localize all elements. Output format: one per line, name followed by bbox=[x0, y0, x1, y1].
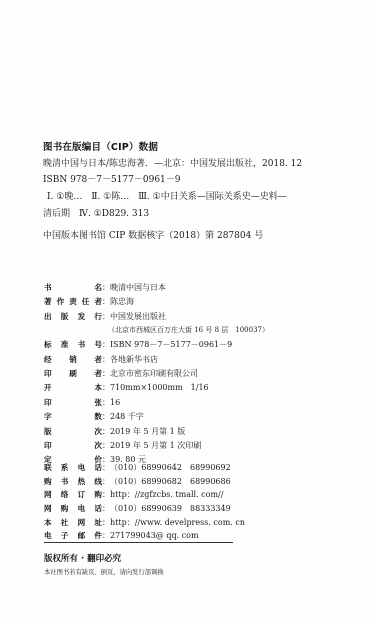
cip-isbn-line: ISBN 978－7－5177－0961－9 bbox=[43, 172, 343, 188]
info-row-printer: 印刷者 ： 北京市密东印刷有限公司 bbox=[44, 368, 334, 382]
cip-number: 中国版本图书馆 CIP 数据核字（2018）第 287804 号 bbox=[43, 228, 343, 244]
contact-value: （010）68990682 68990686 bbox=[110, 476, 231, 487]
colon: ： bbox=[102, 382, 110, 393]
copyright-title: 版权所有 · 翻印必究 bbox=[44, 553, 164, 566]
info-value: 2019 年 5 月第 1 版 bbox=[110, 426, 185, 437]
info-row-isbn: 标准书号 ： ISBN 978－7－5177－0961－9 bbox=[44, 339, 334, 353]
publisher-address: （北京市西城区百万庄大街 16 号 8 层 100037） bbox=[108, 325, 269, 335]
colon: ： bbox=[102, 426, 110, 437]
info-label: 标准书号 bbox=[44, 339, 102, 350]
info-value: 710mm×1000mm 1/16 bbox=[110, 382, 209, 393]
info-value: 248 千字 bbox=[110, 411, 144, 422]
cip-subjects: Ⅰ. ①晚… Ⅱ. ①陈… Ⅲ. ①中日关系—国际关系史—史料— 清后期 Ⅳ. … bbox=[43, 189, 343, 223]
info-row-author: 著作责任者 ： 陈忠海 bbox=[44, 296, 334, 310]
contact-value: （010）68990639 88333349 bbox=[110, 503, 231, 514]
colon: ： bbox=[102, 397, 110, 408]
contact-label: 联系电话 bbox=[44, 462, 102, 473]
info-value: 16 bbox=[110, 398, 120, 407]
contact-row-hotline: 购书热线 ： （010）68990682 68990686 bbox=[44, 476, 334, 490]
colon: ： bbox=[102, 368, 110, 379]
info-row-word-count: 字数 ： 248 千字 bbox=[44, 411, 334, 425]
info-label: 出版发行 bbox=[44, 311, 102, 322]
info-value: 陈忠海 bbox=[110, 296, 134, 307]
info-row-address: （北京市西城区百万庄大街 16 号 8 层 100037） bbox=[44, 325, 334, 339]
colon: ： bbox=[102, 282, 110, 293]
info-value: ISBN 978－7－5177－0961－9 bbox=[110, 339, 232, 350]
colon: ： bbox=[102, 476, 110, 487]
contact-value: http：//www. develpress. com. cn bbox=[110, 517, 245, 528]
colon: ： bbox=[102, 503, 110, 514]
info-label: 经销者 bbox=[44, 354, 102, 365]
cip-title: 图书在版编目（CIP）数据 bbox=[43, 141, 343, 155]
cip-data-block: 图书在版编目（CIP）数据 晚清中国与日本/陈忠海著．—北京：中国发展出版社，2… bbox=[43, 141, 343, 244]
colon: ： bbox=[102, 311, 110, 322]
info-value: 晚清中国与日本 bbox=[110, 282, 166, 293]
contact-value: （010）68990642 68990692 bbox=[110, 462, 231, 473]
info-label: 字数 bbox=[44, 411, 102, 422]
info-row-printing: 印次 ： 2019 年 5 月第 1 次印刷 bbox=[44, 440, 334, 454]
contact-row-online-store: 网络订购 ： http：//zgfzcbs. tmall. com// bbox=[44, 489, 334, 503]
info-row-edition: 版次 ： 2019 年 5 月第 1 版 bbox=[44, 426, 334, 440]
info-row-publisher: 出版发行 ： 中国发展出版社 bbox=[44, 311, 334, 325]
info-row-distributor: 经销者 ： 各地新华书店 bbox=[44, 354, 334, 368]
cip-subjects-line-1: Ⅰ. ①晚… Ⅱ. ①陈… Ⅲ. ①中日关系—国际关系史—史料— bbox=[43, 189, 343, 206]
contact-label: 网络订购 bbox=[44, 489, 102, 500]
info-row-title: 书名 ： 晚清中国与日本 bbox=[44, 282, 334, 296]
contact-label: 网购电话 bbox=[44, 503, 102, 514]
colon: ： bbox=[102, 296, 110, 307]
colon: ： bbox=[102, 517, 110, 528]
contact-row-phone: 联系电话 ： （010）68990642 68990692 bbox=[44, 462, 334, 476]
info-value: 北京市密东印刷有限公司 bbox=[110, 368, 198, 379]
contact-value: http：//zgfzcbs. tmall. com// bbox=[110, 489, 223, 500]
contact-value: 271799043@ qq. com bbox=[110, 531, 199, 540]
contact-block: 联系电话 ： （010）68990642 68990692 购书热线 ： （01… bbox=[44, 462, 334, 544]
contact-row-website: 本社网址 ： http：//www. develpress. com. cn bbox=[44, 517, 334, 531]
contact-row-online-phone: 网购电话 ： （010）68990639 88333349 bbox=[44, 503, 334, 517]
info-value: 中国发展出版社 bbox=[110, 311, 166, 322]
copyright-page: 图书在版编目（CIP）数据 晚清中国与日本/陈忠海著．—北京：中国发展出版社，2… bbox=[0, 0, 375, 619]
colon: ： bbox=[102, 489, 110, 500]
contact-label: 本社网址 bbox=[44, 517, 102, 528]
info-value: 各地新华书店 bbox=[110, 354, 158, 365]
colon: ： bbox=[102, 440, 110, 451]
colon: ： bbox=[102, 462, 110, 473]
horizontal-rule bbox=[44, 542, 233, 543]
colon: ： bbox=[102, 339, 110, 350]
info-row-sheets: 印张 ： 16 bbox=[44, 397, 334, 411]
contact-label: 电子邮件 bbox=[44, 530, 102, 541]
info-label: 印次 bbox=[44, 440, 102, 451]
contact-label: 购书热线 bbox=[44, 476, 102, 487]
info-row-format: 开本 ： 710mm×1000mm 1/16 bbox=[44, 382, 334, 396]
info-label: 印张 bbox=[44, 397, 102, 408]
info-label: 印刷者 bbox=[44, 368, 102, 379]
colon: ： bbox=[102, 354, 110, 365]
info-label: 著作责任者 bbox=[44, 296, 102, 307]
info-value: 2019 年 5 月第 1 次印刷 bbox=[110, 440, 201, 451]
colon: ： bbox=[102, 530, 110, 541]
info-label: 开本 bbox=[44, 382, 102, 393]
book-info-block: 书名 ： 晚清中国与日本 著作责任者 ： 陈忠海 出版发行 ： 中国发展出版社 … bbox=[44, 282, 334, 469]
copyright-note: 本社图书若有缺页、倒页，请向发行部调换 bbox=[44, 567, 164, 578]
colon: ： bbox=[102, 411, 110, 422]
copyright-notice: 版权所有 · 翻印必究 本社图书若有缺页、倒页，请向发行部调换 bbox=[44, 553, 164, 578]
info-label: 书名 bbox=[44, 282, 102, 293]
cip-bibliographic-line: 晚清中国与日本/陈忠海著．—北京：中国发展出版社，2018. 12 bbox=[43, 156, 343, 172]
cip-subjects-line-2: 清后期 Ⅳ. ①D829. 313 bbox=[43, 206, 343, 223]
info-label: 版次 bbox=[44, 426, 102, 437]
